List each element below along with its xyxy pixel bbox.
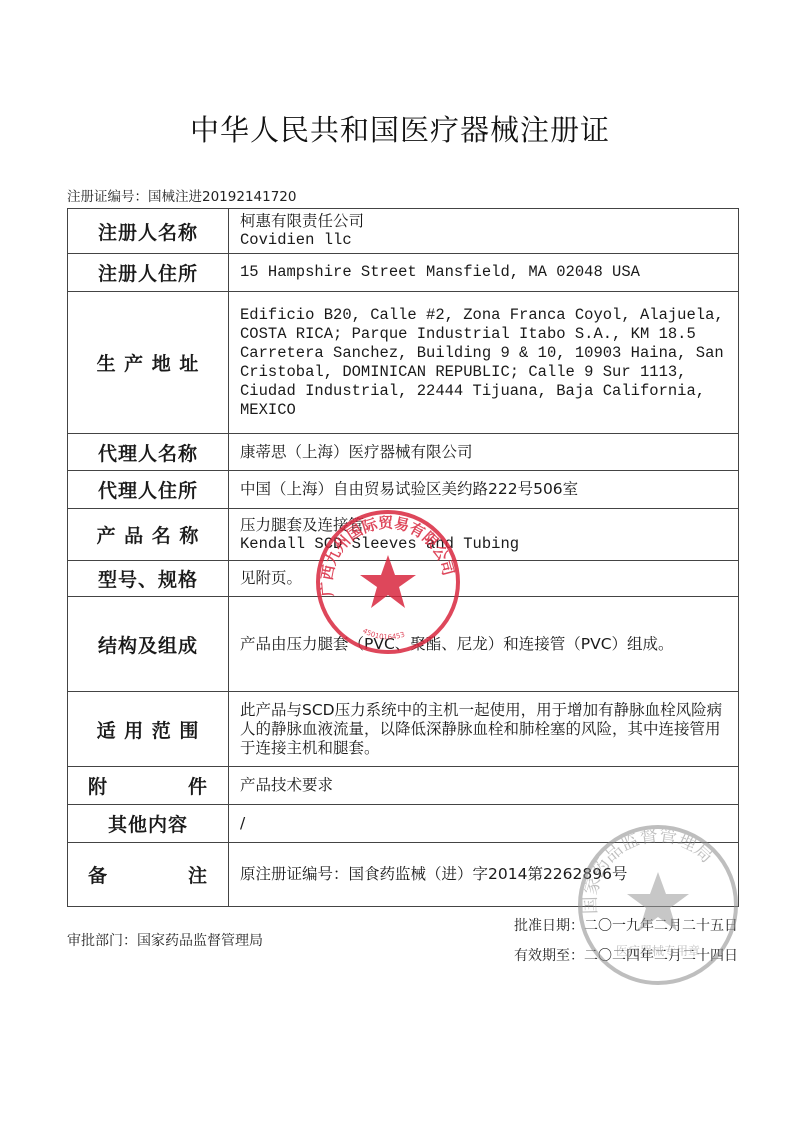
row-value: 康蒂思（上海）医疗器械有限公司 <box>229 434 739 471</box>
row-label: 注册人住所 <box>68 254 229 292</box>
approval-dates: 批准日期：二〇一九年二月二十五日 有效期至：二〇二四年二月二十四日 <box>514 911 738 971</box>
row-label-left: 附 <box>88 772 108 799</box>
row-label-left: 备 <box>88 861 108 888</box>
row-value: 见附页。 <box>229 561 739 597</box>
table-row: 其他内容 / <box>68 805 739 843</box>
registration-number-value: 国械注进20192141720 <box>148 189 296 205</box>
table-row: 型号、规格 见附页。 <box>68 561 739 597</box>
row-label-right: 注 <box>188 861 208 888</box>
row-label: 适 用 范 围 <box>68 692 229 767</box>
row-value: 此产品与SCD压力系统中的主机一起使用，用于增加有静脉血栓风险病人的静脉血液流量… <box>229 692 739 767</box>
row-value: 产品技术要求 <box>229 767 739 805</box>
document-title: 中华人民共和国医疗器械注册证 <box>0 108 800 149</box>
row-label: 备注 <box>68 843 229 907</box>
row-label: 产 品 名 称 <box>68 509 229 561</box>
table-row: 产 品 名 称 压力腿套及连接管 Kendall SCD Sleeves and… <box>68 509 739 561</box>
table-row: 生 产 地 址 Edificio B20, Calle #2, Zona Fra… <box>68 292 739 434</box>
valid-until: 有效期至：二〇二四年二月二十四日 <box>514 941 738 971</box>
row-label-right: 件 <box>188 772 208 799</box>
registrant-address: 15 Hampshire Street Mansfield, MA 02048 … <box>240 263 732 282</box>
row-value: 产品由压力腿套（PVC、聚酯、尼龙）和连接管（PVC）组成。 <box>229 597 739 692</box>
row-value: / <box>229 805 739 843</box>
approval-date: 批准日期：二〇一九年二月二十五日 <box>514 911 738 941</box>
registration-number: 注册证编号：国械注进20192141720 <box>67 189 296 205</box>
product-name-en: Kendall SCD Sleeves and Tubing <box>240 535 732 554</box>
row-label: 代理人名称 <box>68 434 229 471</box>
certificate-table: 注册人名称 柯惠有限责任公司 Covidien llc 注册人住所 15 Ham… <box>67 208 739 907</box>
production-address-line: COSTA RICA; Parque Industrial Itabo S.A.… <box>240 325 732 344</box>
registration-number-label: 注册证编号： <box>67 189 148 205</box>
table-row: 结构及组成 产品由压力腿套（PVC、聚酯、尼龙）和连接管（PVC）组成。 <box>68 597 739 692</box>
row-value: 柯惠有限责任公司 Covidien llc <box>229 209 739 254</box>
row-label: 型号、规格 <box>68 561 229 597</box>
table-row: 代理人住所 中国（上海）自由贸易试验区美约路222号506室 <box>68 471 739 509</box>
production-address-line: MEXICO <box>240 401 732 420</box>
row-value: 15 Hampshire Street Mansfield, MA 02048 … <box>229 254 739 292</box>
approval-department: 审批部门：国家药品监督管理局 <box>67 930 263 950</box>
certificate-page: 中华人民共和国医疗器械注册证 注册证编号：国械注进20192141720 注册人… <box>0 0 800 1132</box>
table-row: 注册人名称 柯惠有限责任公司 Covidien llc <box>68 209 739 254</box>
valid-until-label: 有效期至： <box>514 948 584 964</box>
table-row: 附件 产品技术要求 <box>68 767 739 805</box>
row-label: 注册人名称 <box>68 209 229 254</box>
table-row: 代理人名称 康蒂思（上海）医疗器械有限公司 <box>68 434 739 471</box>
production-address-line: Edificio B20, Calle #2, Zona Franca Coyo… <box>240 306 732 325</box>
valid-until-value: 二〇二四年二月二十四日 <box>584 948 738 964</box>
row-value: 中国（上海）自由贸易试验区美约路222号506室 <box>229 471 739 509</box>
production-address-line: Carretera Sanchez, Building 9 & 10, 1090… <box>240 344 732 363</box>
row-label: 其他内容 <box>68 805 229 843</box>
row-label: 生 产 地 址 <box>68 292 229 434</box>
registrant-name-en: Covidien llc <box>240 231 732 250</box>
row-value: Edificio B20, Calle #2, Zona Franca Coyo… <box>229 292 739 434</box>
row-label: 附件 <box>68 767 229 805</box>
production-address-line: Ciudad Industrial, 22444 Tijuana, Baja C… <box>240 382 732 401</box>
approval-date-value: 二〇一九年二月二十五日 <box>584 918 738 934</box>
approval-date-label: 批准日期： <box>514 918 584 934</box>
registrant-name-cn: 柯惠有限责任公司 <box>240 212 732 231</box>
table-row: 备注 原注册证编号：国食药监械（进）字2014第2262896号 <box>68 843 739 907</box>
table-row: 注册人住所 15 Hampshire Street Mansfield, MA … <box>68 254 739 292</box>
row-value: 压力腿套及连接管 Kendall SCD Sleeves and Tubing <box>229 509 739 561</box>
row-value: 原注册证编号：国食药监械（进）字2014第2262896号 <box>229 843 739 907</box>
table-row: 适 用 范 围 此产品与SCD压力系统中的主机一起使用，用于增加有静脉血栓风险病… <box>68 692 739 767</box>
production-address-line: Cristobal, DOMINICAN REPUBLIC; Calle 9 S… <box>240 363 732 382</box>
row-label: 代理人住所 <box>68 471 229 509</box>
structure-composition: 产品由压力腿套（PVC、聚酯、尼龙）和连接管（PVC）组成。 <box>240 635 674 653</box>
row-label: 结构及组成 <box>68 597 229 692</box>
product-name-cn: 压力腿套及连接管 <box>240 516 732 535</box>
